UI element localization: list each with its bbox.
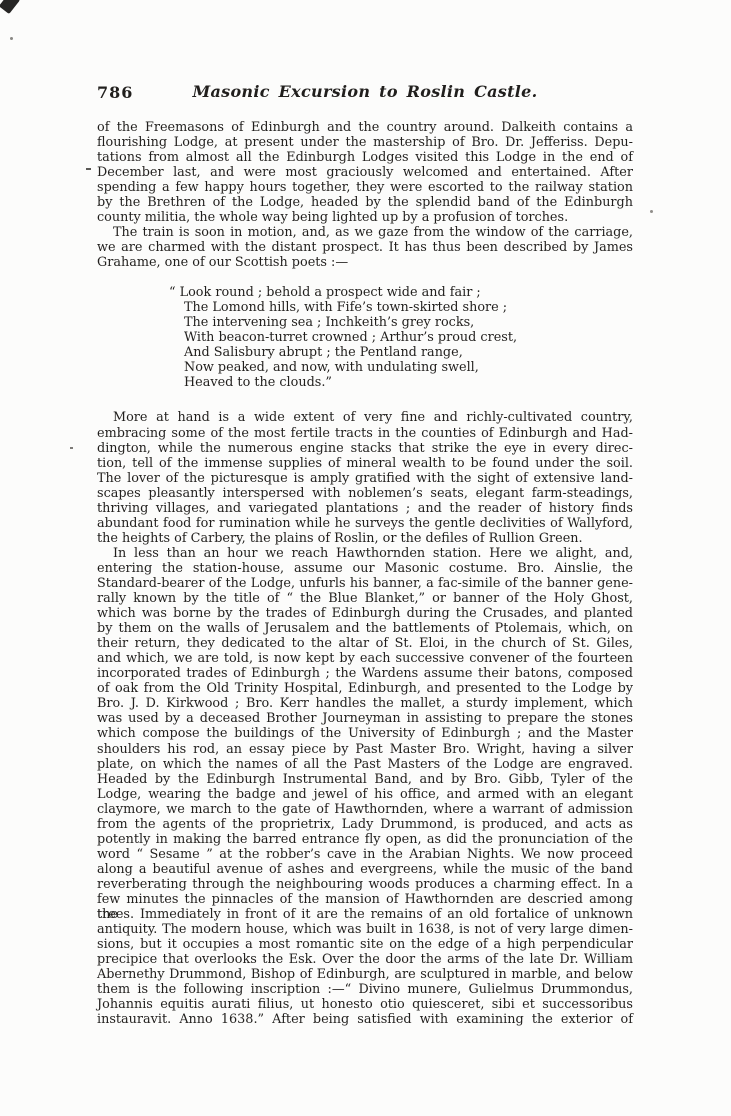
text-line: spending a few happy hours together, the…: [97, 180, 633, 195]
paragraph: More at hand is a wide extent of very fi…: [97, 410, 633, 545]
text-line: Johannis equitis aurati filius, ut hones…: [97, 997, 633, 1012]
text-line: December last, and were most graciously …: [97, 165, 633, 180]
text-line: tations from almost all the Edinburgh Lo…: [97, 150, 633, 165]
text-line: the heights of Carbery, the plains of Ro…: [97, 531, 633, 546]
text-line: plate, on which the names of all the Pas…: [97, 757, 633, 772]
text-line: word “ Sesame ” at the robber’s cave in …: [97, 847, 633, 862]
text-line: More at hand is a wide extent of very fi…: [97, 410, 633, 425]
poem-line: The Lomond hills, with Fife’s town-skirt…: [184, 300, 633, 315]
text-line: The lover of the picturesque is amply gr…: [97, 471, 633, 486]
text-line: which compose the buildings of the Unive…: [97, 726, 633, 741]
paragraph: of the Freemasons of Edinburgh and the c…: [97, 120, 633, 225]
scan-speck: [86, 168, 91, 170]
text-line: embracing some of the most fertile tract…: [97, 426, 633, 441]
text-line: dington, while the numerous engine stack…: [97, 441, 633, 456]
scan-artifact-corner: [0, 0, 20, 14]
text-line: antiquity. The modern house, which was b…: [97, 922, 633, 937]
text-line: tion, tell of the immense supplies of mi…: [97, 456, 633, 471]
poem-line: With beacon-turret crowned ; Arthur’s pr…: [184, 330, 633, 345]
text-line: Headed by the Edinburgh Instrumental Ban…: [97, 772, 633, 787]
text-line: incorporated trades of Edinburgh ; the W…: [97, 666, 633, 681]
poem-line: “ Look round ; behold a prospect wide an…: [169, 285, 633, 300]
poem-line: Now peaked, and now, with undulating swe…: [184, 360, 633, 375]
text-line: rally known by the title of “ the Blue B…: [97, 591, 633, 606]
text-line: In less than an hour we reach Hawthornde…: [97, 546, 633, 561]
text-line: them is the following inscription :—“ Di…: [97, 982, 633, 997]
poem-line: And Salisbury abrupt ; the Pentland rang…: [184, 345, 633, 360]
book-page: 786 Masonic Excursion to Roslin Castle. …: [0, 0, 731, 1116]
text-line: was used by a deceased Brother Journeyma…: [97, 711, 633, 726]
text-line: which was borne by the trades of Edinbur…: [97, 606, 633, 621]
text-line: claymore, we march to the gate of Hawtho…: [97, 802, 633, 817]
paragraph: The train is soon in motion, and, as we …: [97, 225, 633, 270]
scan-speck: [650, 210, 653, 213]
text-line: county militia, the whole way being ligh…: [97, 210, 633, 225]
text-line: precipice that overlooks the Esk. Over t…: [97, 952, 633, 967]
poem-line: Heaved to the clouds.”: [184, 375, 633, 390]
text-line: abundant food for rumination while he su…: [97, 516, 633, 531]
text-line: Abernethy Drummond, Bishop of Edinburgh,…: [97, 967, 633, 982]
text-line: potently in making the barred entrance f…: [97, 832, 633, 847]
text-line: sions, but it occupies a most romantic s…: [97, 937, 633, 952]
page-body: of the Freemasons of Edinburgh and the c…: [97, 120, 633, 1027]
text-line: of the Freemasons of Edinburgh and the c…: [97, 120, 633, 135]
paragraph: In less than an hour we reach Hawthornde…: [97, 546, 633, 1028]
text-line: reverberating through the neighbouring w…: [97, 877, 633, 892]
page-number: 786: [97, 83, 133, 102]
poem-quote: “ Look round ; behold a prospect wide an…: [184, 285, 633, 390]
text-line: Bro. J. D. Kirkwood ; Bro. Kerr handles …: [97, 696, 633, 711]
text-line: flourishing Lodge, at present under the …: [97, 135, 633, 150]
text-line: Lodge, wearing the badge and jewel of hi…: [97, 787, 633, 802]
text-line: few minutes the pinnacles of the mansion…: [97, 892, 633, 907]
text-line: thriving villages, and variegated planta…: [97, 501, 633, 516]
text-line: from the agents of the proprietrix, Lady…: [97, 817, 633, 832]
text-line: trees. Immediately in front of it are th…: [97, 907, 633, 922]
text-line: scapes pleasantly interspersed with nobl…: [97, 486, 633, 501]
running-title: Masonic Excursion to Roslin Castle.: [97, 82, 633, 101]
text-line: we are charmed with the distant prospect…: [97, 240, 633, 255]
text-line: of oak from the Old Trinity Hospital, Ed…: [97, 681, 633, 696]
text-line: along a beautiful avenue of ashes and ev…: [97, 862, 633, 877]
poem-line: The intervening sea ; Inchkeith’s grey r…: [184, 315, 633, 330]
text-line: The train is soon in motion, and, as we …: [97, 225, 633, 240]
page-header: 786 Masonic Excursion to Roslin Castle.: [97, 82, 633, 102]
text-line: by the Brethren of the Lodge, headed by …: [97, 195, 633, 210]
text-line: entering the station-house, assume our M…: [97, 561, 633, 576]
text-line: shoulders his rod, an essay piece by Pas…: [97, 742, 633, 757]
scan-speck: [70, 447, 73, 449]
text-line: instauravit. Anno 1638.” After being sat…: [97, 1012, 633, 1027]
text-line: Grahame, one of our Scottish poets :—: [97, 255, 633, 270]
scan-speck: [10, 37, 13, 40]
text-line: and which, we are told, is now kept by e…: [97, 651, 633, 666]
text-line: by them on the walls of Jerusalem and th…: [97, 621, 633, 636]
text-line: Standard-bearer of the Lodge, unfurls hi…: [97, 576, 633, 591]
text-line: their return, they dedicated to the alta…: [97, 636, 633, 651]
